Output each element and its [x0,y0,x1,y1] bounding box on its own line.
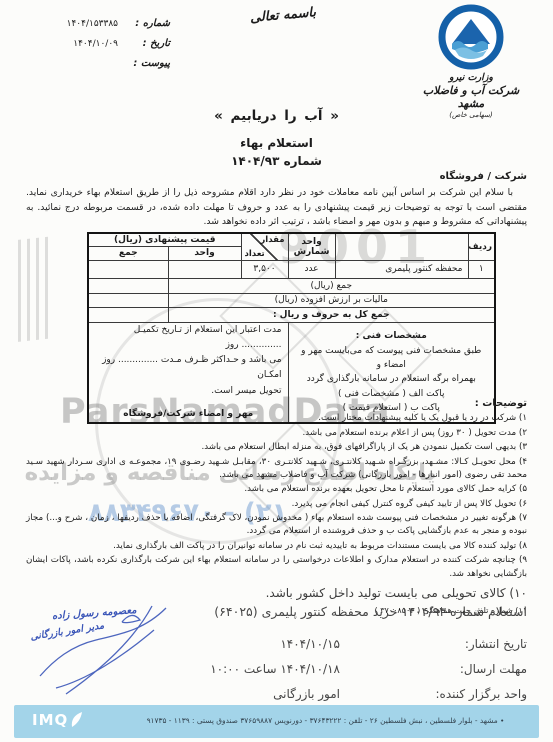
organizer-label: واحد برگزار کننده: [436,687,527,701]
notes-title: توضیحات : [26,398,527,409]
validity-line: تحویل میسر است. [91,384,286,399]
qty-diagonal-header: مقدار تعداد [241,233,288,260]
note-item: ۲) مدت تحویل ( ۳۰ روز) پس از اعلام برنده… [26,427,527,440]
validity-line: می باشد و حـداکثر ظـرف مـدت ............… [91,353,286,384]
item-qty: ۳,۵۰۰ [241,260,288,278]
note-item: ۵) کرایه حمل کالای مورد استعلام تا محل ت… [26,483,527,496]
note-item: ۶) تحویل کالا پس از تایید کیفی گروه کنتر… [26,498,527,511]
inquiry-summary-line: استعلام شماره ۱۴۰۴/۹۳ خرید محفظه کنتور پ… [214,604,527,619]
sum-row-label: جمع (ریال) [168,278,495,293]
water-company-logo-icon [438,4,504,70]
intro-paragraph: با سلام این شرکت بر اساس آیین نامه معامل… [26,186,527,230]
item-count-unit: عدد [288,260,335,278]
imq-logo: IMQ [32,711,84,729]
letter-meta-block: شماره : ۱۴۰۴/۱۵۳۳۸۵ تاریخ : ۱۴۰۴/۱۰/۰۹ پ… [10,18,170,78]
specs-line: طبق مشخصات فنی پیوست که می‌بایست مهر و ا… [291,344,493,373]
slogan: « آب را دریابیم » [0,108,553,124]
letter-attachment-label: پیوست : [128,58,170,69]
ministry-name: وزارت نیرو [411,72,531,83]
grand-total-blank [88,307,168,322]
col-header-price: قیمت پیشنهادی (ریال) [88,233,241,246]
document-page: 9001 ParsNamadData پایگاه اطلاع رسانی من… [0,0,553,742]
deadline-value: ۱۴۰۴/۱۰/۱۸ ساعت ۱۰:۰۰ [210,662,340,676]
company-name: شرکت آب و فاضلاب مشهد [411,84,531,110]
doc-number: شماره ۱۴۰۴/۹۳ [0,154,553,168]
col-header-description [335,233,468,260]
imq-feather-icon [70,711,84,729]
item-description: محفظه کنتور پلیمری [335,260,468,278]
price-inquiry-table: ردیف واحد شمارش مقدار تعداد قیمت پیشنهاد… [87,232,496,424]
besmellah-calligraphy: باسمه تعالی [228,3,339,28]
deadline-label: مهلت ارسال: [460,662,527,676]
col-header-count-unit: واحد شمارش [288,233,335,260]
addressee: شرکت / فروشگاه [440,171,527,182]
imq-text: IMQ [32,711,68,729]
sum-amount-blank [88,278,168,293]
organizer-value: امور بازرگانی [273,687,340,701]
item-unit-price-blank [168,260,241,278]
publish-date-label: تاریخ انتشار: [465,637,527,651]
note-item: ۱) شرکت در رد یا قبول یک یا کلیه پیشنهاد… [26,412,527,425]
vat-amount-blank [88,293,168,307]
qty-label: مقدار [260,235,284,245]
item-row-index: ۱ [468,260,495,278]
note-item: ۳) بدیهی است تکمیل ننمودن هر یک از پاراگ… [26,441,527,454]
note-item: ۴) محل تحویـل کـالا: مشـهد، بزرگـراه شـه… [26,456,527,482]
organization-block: وزارت نیرو شرکت آب و فاضلاب مشهد (سهامی … [411,4,531,119]
letter-date-label: تاریخ : [128,38,170,49]
notes-section: توضیحات : ۱) شرکت در رد یا قبول یک یا کل… [26,398,527,618]
specs-title: مشخصات فنی : [291,329,493,343]
doc-type-title: استعلام بهاء [0,136,553,150]
footer-address: • مشهد - بلوار فلسطین ، نبش فلسطین ۲۶ - … [124,716,527,725]
validity-line: مدت اعتبار این استعلام از تـاریخ تکمیـل … [91,323,286,354]
specs-line: بهمراه برگه استعلام در سامانه بارگذاری گ… [291,372,493,386]
letter-date-value: ۱۴۰۴/۱۰/۰۹ [73,39,118,49]
letter-number-label: شماره : [128,18,170,29]
letter-number-value: ۱۴۰۴/۱۵۳۳۸۵ [67,19,118,29]
vat-row-label: مالیات بر ارزش افزوده (ریال) [168,293,495,307]
count-label: تعداد [245,249,265,259]
footer-bar: IMQ • مشهد - بلوار فلسطین ، نبش فلسطین ۲… [14,705,539,738]
col-header-row: ردیف [468,233,495,260]
note-item: ۱۰) کالای تحویلی می بایست تولید داخل کشو… [26,584,527,602]
item-total-blank [88,260,168,278]
col-header-unit-price: واحد [168,246,241,260]
signature-scribble-icon [26,600,186,700]
publish-date-value: ۱۴۰۴/۱۰/۱۵ [280,637,340,651]
col-header-total: جمع [88,246,168,260]
note-item: ۹) چنانچه شرکت کننده در استعلام مدارک و … [26,554,527,580]
iso-bars-watermark-icon [18,236,54,342]
note-item: ۷) هرگونه تغییر در مشخصات فنی پیوست شده … [26,512,527,538]
grand-total-label: جمع کل به حروف و ریال : [168,307,495,322]
note-item: ۸) تولید کننده کالا می بایست مستندات مرب… [26,540,527,553]
